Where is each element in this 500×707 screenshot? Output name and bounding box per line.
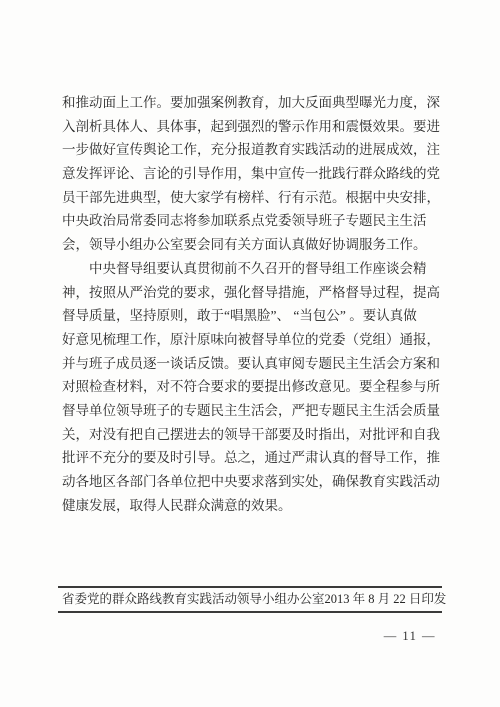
text-line: 健康发展，取得人民群众满意的效果。 bbox=[62, 494, 444, 518]
footer-print-date: 2013 年 8 月 22 日印发 bbox=[325, 591, 447, 607]
text-line: 督导质量，坚持原则，敢于“唱黑脸”、 “当包公” 。要认真做 bbox=[62, 304, 444, 328]
text-line: 关，对没有把自己摆进去的领导干部要及时指出，对批评和自我 bbox=[62, 423, 444, 447]
footer: 省委党的群众路线教育实践活动领导小组办公室 2013 年 8 月 22 日印发 bbox=[62, 591, 440, 607]
text-line: 督导单位领导班子的专题民主生活会，严把专题民主生活会质量 bbox=[62, 399, 444, 423]
text-line: 入剖析具体人、具体事，起到强烈的警示作用和震慑效果。要进 bbox=[62, 115, 444, 139]
text-line: 神，按照从严治党的要求，强化督导措施，严格督导过程，提高 bbox=[62, 281, 444, 305]
footer-divider-bottom bbox=[58, 611, 442, 613]
document-page: 和推动面上工作。要加强案例教育，加大反面典型曝光力度，深入剖析具体人、具体事，起… bbox=[0, 0, 500, 707]
text-line: 并与班子成员逐一谈话反馈。要认真审阅专题民主生活会方案和 bbox=[62, 352, 444, 376]
text-line: 对照检查材料，对不符合要求的要提出修改意见。要全程参与所 bbox=[62, 375, 444, 399]
paragraph-2: 中央督导组要认真贯彻前不久召开的督导组工作座谈会精神，按照从严治党的要求，强化督… bbox=[62, 257, 444, 518]
text-line: 中央督导组要认真贯彻前不久召开的督导组工作座谈会精 bbox=[62, 257, 444, 281]
text-line: 和推动面上工作。要加强案例教育，加大反面典型曝光力度，深 bbox=[62, 91, 444, 115]
text-line: 一步做好宣传舆论工作，充分报道教育实践活动的进展成效，注 bbox=[62, 138, 444, 162]
text-line: 动各地区各部门各单位把中央要求落到实处，确保教育实践活动 bbox=[62, 470, 444, 494]
text-line: 员干部先进典型，使大家学有榜样、行有示范。根据中央安排， bbox=[62, 186, 444, 210]
text-line: 好意见梳理工作，原汁原味向被督导单位的党委（党组）通报， bbox=[62, 328, 444, 352]
body-text: 和推动面上工作。要加强案例教育，加大反面典型曝光力度，深入剖析具体人、具体事，起… bbox=[62, 91, 444, 517]
text-line: 意发挥评论、言论的引导作用，集中宣传一批践行群众路线的党 bbox=[62, 162, 444, 186]
footer-issuer: 省委党的群众路线教育实践活动领导小组办公室 bbox=[62, 591, 325, 607]
paragraph-1: 和推动面上工作。要加强案例教育，加大反面典型曝光力度，深入剖析具体人、具体事，起… bbox=[62, 91, 444, 257]
footer-divider-top bbox=[58, 586, 442, 588]
text-line: 批评不充分的要及时引导。总之，通过严肃认真的督导工作，推 bbox=[62, 446, 444, 470]
page-number: — 11 — bbox=[384, 629, 436, 644]
text-line: 会，领导小组办公室要会同有关方面认真做好协调服务工作。 bbox=[62, 233, 444, 257]
text-line: 中央政治局常委同志将参加联系点党委领导班子专题民主生活 bbox=[62, 209, 444, 233]
